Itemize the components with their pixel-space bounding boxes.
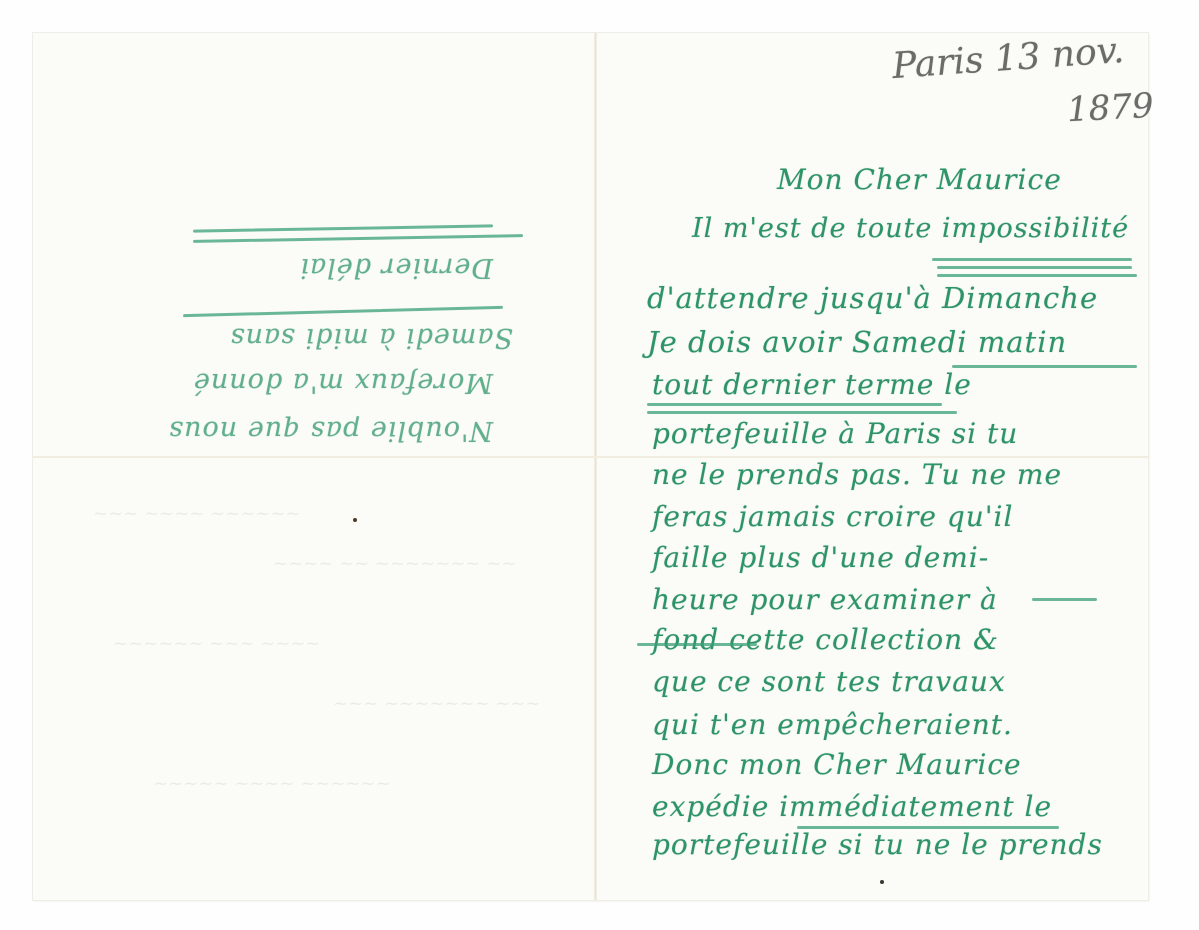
letter-line: faille plus d'une demi-	[652, 541, 989, 574]
dateline-year: 1879	[1066, 86, 1155, 130]
letter-line: ne le prends pas. Tu ne me	[652, 458, 1062, 491]
paper-spot	[880, 880, 884, 884]
letter-line: que ce sont tes travaux	[652, 665, 1006, 698]
dateline-place: Paris 13 nov.	[891, 30, 1126, 87]
left-page: ~~~ ~~~~ ~~~~~~ ~~~~ ~~ ~~~~~~~ ~~ ~~~~~…	[33, 33, 594, 900]
letter-sheet: ~~~ ~~~~ ~~~~~~ ~~~~ ~~ ~~~~~~~ ~~ ~~~~~…	[33, 33, 1148, 900]
letter-line: expédie immédiatement le	[652, 790, 1052, 823]
salutation: Mon Cher Maurice	[777, 163, 1062, 196]
letter-line: Je dois avoir Samedi matin	[647, 325, 1067, 359]
postscript-line: Dernier délai	[299, 252, 493, 283]
letter-line: feras jamais croire qu'il	[652, 500, 1013, 533]
paper-spot	[353, 518, 357, 522]
postscript-line: Samedi à midi sans	[230, 322, 513, 353]
right-page: Paris 13 nov. 1879 Mon Cher Maurice Il m…	[597, 33, 1148, 900]
letter-line: tout dernier terme le	[652, 368, 972, 401]
upside-down-postscript: Dernier délai Samedi à midi sans Morefau…	[53, 208, 523, 468]
postscript-line: N'oublie pas que nous	[168, 415, 493, 446]
letter-line: portefeuille si tu ne le prends	[652, 828, 1103, 861]
letter-line: Donc mon Cher Maurice	[652, 748, 1022, 781]
letter-line: heure pour examiner à	[652, 583, 998, 616]
postscript-line: Morefaux m'a donné	[193, 367, 493, 398]
letter-line: portefeuille à Paris si tu	[652, 417, 1018, 450]
letter-line: Il m'est de toute impossibilité	[692, 213, 1129, 244]
letter-line: qui t'en empêcheraient.	[652, 708, 1013, 741]
letter-line: d'attendre jusqu'à Dimanche	[647, 281, 1098, 315]
letter-line: fond cette collection &	[652, 623, 999, 656]
